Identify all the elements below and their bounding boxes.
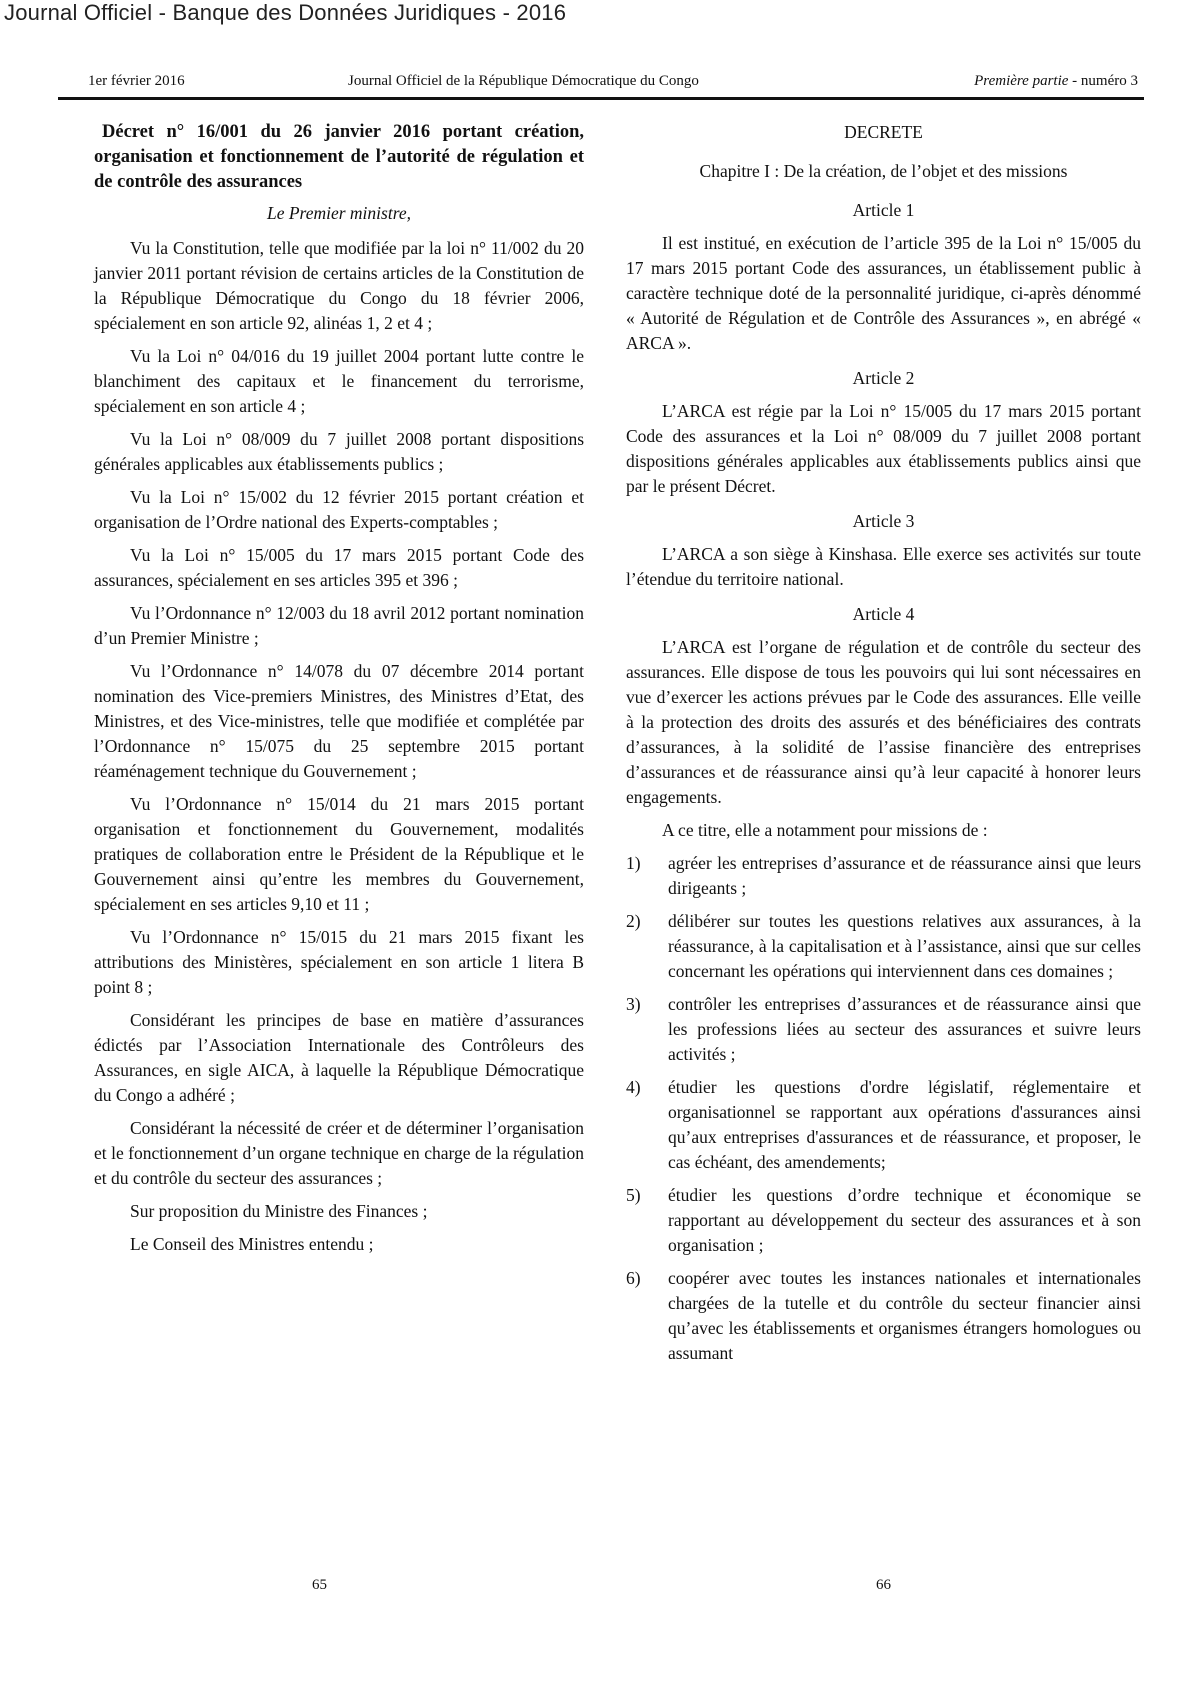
running-header: 1er février 2016 Journal Officiel de la … [58, 70, 1138, 96]
mission-item: 4) étudier les questions d'ordre législa… [626, 1075, 1141, 1175]
mission-number: 3) [626, 992, 668, 1067]
preamble-paragraph: Sur proposition du Ministre des Finances… [94, 1199, 584, 1224]
mission-number: 1) [626, 851, 668, 901]
article-1-heading: Article 1 [626, 198, 1141, 223]
mission-text: contrôler les entreprises d’assurances e… [668, 992, 1141, 1067]
article-4-intro: A ce titre, elle a notamment pour missio… [626, 818, 1141, 843]
page-number-right: 66 [876, 1577, 891, 1594]
article-1-text: Il est institué, en exécution de l’artic… [626, 231, 1141, 356]
preamble-paragraph: Considérant la nécessité de créer et de … [94, 1116, 584, 1191]
right-column: DECRETE Chapitre I : De la création, de … [626, 120, 1141, 1374]
chapter-heading: Chapitre I : De la création, de l’objet … [626, 159, 1141, 184]
preamble-paragraph: Vu l’Ordonnance n° 15/015 du 21 mars 201… [94, 925, 584, 1000]
mission-item: 6) coopérer avec toutes les instances na… [626, 1266, 1141, 1366]
article-3-text: L’ARCA a son siège à Kinshasa. Elle exer… [626, 542, 1141, 592]
left-column: Décret n° 16/001 du 26 janvier 2016 port… [94, 120, 584, 1265]
mission-number: 5) [626, 1183, 668, 1258]
mission-text: délibérer sur toutes les questions relat… [668, 909, 1141, 984]
decree-title: Décret n° 16/001 du 26 janvier 2016 port… [94, 120, 584, 195]
issue-date: 1er février 2016 [88, 73, 185, 90]
article-4-heading: Article 4 [626, 602, 1141, 627]
mission-number: 4) [626, 1075, 668, 1175]
preamble-paragraph: Vu la Loi n° 08/009 du 7 juillet 2008 po… [94, 427, 584, 477]
part-label: Première partie [974, 73, 1068, 89]
mission-item: 3) contrôler les entreprises d’assurance… [626, 992, 1141, 1067]
mission-text: coopérer avec toutes les instances natio… [668, 1266, 1141, 1366]
page-number-left: 65 [312, 1577, 327, 1594]
preamble-paragraph: Le Conseil des Ministres entendu ; [94, 1232, 584, 1257]
mission-text: étudier les questions d’ordre technique … [668, 1183, 1141, 1258]
article-3-heading: Article 3 [626, 509, 1141, 534]
preamble-paragraph: Vu la Loi n° 15/002 du 12 février 2015 p… [94, 485, 584, 535]
part-number: - numéro 3 [1068, 73, 1138, 89]
mission-number: 6) [626, 1266, 668, 1366]
preamble-paragraph: Vu l’Ordonnance n° 15/014 du 21 mars 201… [94, 792, 584, 917]
header-rule [58, 97, 1144, 100]
mission-number: 2) [626, 909, 668, 984]
preamble-paragraph: Considérant les principes de base en mat… [94, 1008, 584, 1108]
source-banner: Journal Officiel - Banque des Données Ju… [4, 0, 566, 26]
decrete-heading: DECRETE [626, 120, 1141, 145]
journal-name: Journal Officiel de la République Démocr… [348, 73, 699, 90]
article-2-text: L’ARCA est régie par la Loi n° 15/005 du… [626, 399, 1141, 499]
mission-text: étudier les questions d'ordre législatif… [668, 1075, 1141, 1175]
issue-part: Première partie - numéro 3 [974, 73, 1138, 90]
mission-item: 1) agréer les entreprises d’assurance et… [626, 851, 1141, 901]
article-2-heading: Article 2 [626, 366, 1141, 391]
preamble-paragraph: Vu la Loi n° 15/005 du 17 mars 2015 port… [94, 543, 584, 593]
mission-item: 5) étudier les questions d’ordre techniq… [626, 1183, 1141, 1258]
preamble-paragraph: Vu l’Ordonnance n° 12/003 du 18 avril 20… [94, 601, 584, 651]
decree-author: Le Premier ministre, [94, 201, 584, 226]
mission-text: agréer les entreprises d’assurance et de… [668, 851, 1141, 901]
mission-item: 2) délibérer sur toutes les questions re… [626, 909, 1141, 984]
preamble-paragraph: Vu la Constitution, telle que modifiée p… [94, 236, 584, 336]
preamble-paragraph: Vu la Loi n° 04/016 du 19 juillet 2004 p… [94, 344, 584, 419]
preamble-paragraph: Vu l’Ordonnance n° 14/078 du 07 décembre… [94, 659, 584, 784]
article-4-text: L’ARCA est l’organe de régulation et de … [626, 635, 1141, 810]
